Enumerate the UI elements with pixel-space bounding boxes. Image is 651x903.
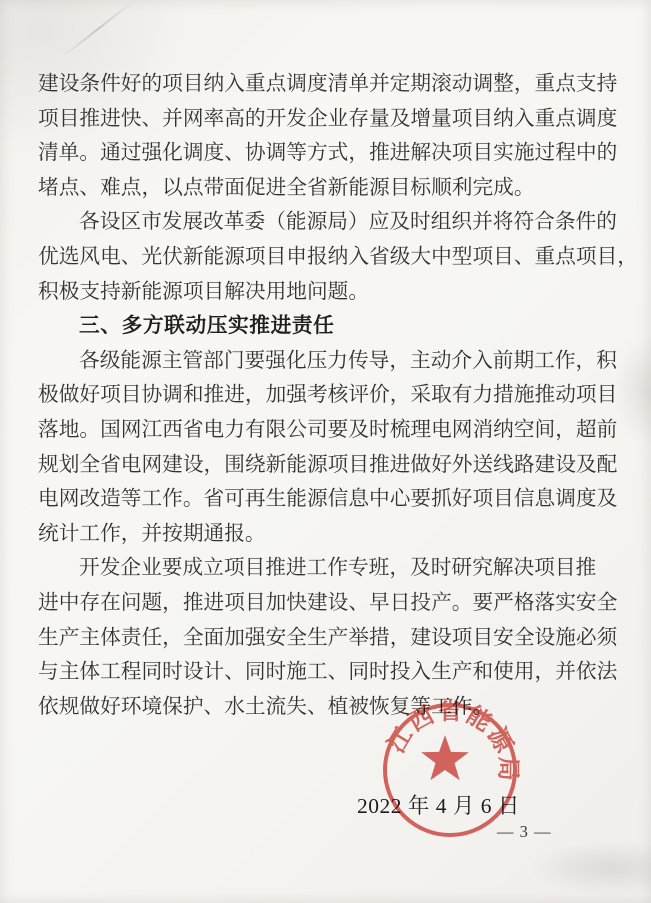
text-line: 与主体工程同时设计、同时施工、同时投入生产和使用，并依法 [38,655,626,690]
text-line: 开发企业要成立项目推进工作专班，及时研究解决项目推 [38,551,626,586]
text-line: 积极支持新能源项目解决用地问题。 [38,275,626,310]
official-seal: 江西省能源局 [375,696,525,846]
seal-graphic: 江西省能源局 [375,696,525,846]
text-line: 各级能源主管部门要强化压力传导，主动介入前期工作，积 [38,344,626,379]
document-body: 建设条件好的项目纳入重点调度清单并定期滚动调整，重点支持项目推进快、并网率高的开… [38,67,626,724]
text-line: 依规做好环境保护、水土流失、植被恢复等工作。 [38,690,626,725]
text-line: 规划全省电网建设，围绕新能源项目推进做好外送线路建设及配 [38,448,626,483]
document-page: 建设条件好的项目纳入重点调度清单并定期滚动调整，重点支持项目推进快、并网率高的开… [0,0,651,903]
text-line: 极做好项目协调和推进，加强考核评价，采取有力措施推动项目 [38,378,626,413]
text-line: 电网改造等工作。省可再生能源信息中心要抓好项目信息调度及 [38,482,626,517]
text-line: 清单。通过强化调度、协调等方式，推进解决项目实施过程中的 [38,136,626,171]
text-line: 落地。国网江西省电力有限公司要及时梳理电网消纳空间，超前 [38,413,626,448]
text-line: 各设区市发展改革委（能源局）应及时组织并将符合条件的 [38,205,626,240]
text-line: 堵点、难点，以点带面促进全省新能源目标顺利完成。 [38,171,626,206]
text-line: 优选风电、光伏新能源项目申报纳入省级大中型项目、重点项目， [38,240,626,275]
text-line: 进中存在问题，推进项目加快建设、早日投产。要严格落实安全 [38,586,626,621]
text-line: 项目推进快、并网率高的开发企业存量及增量项目纳入重点调度 [38,102,626,137]
paper-crease [61,0,134,58]
text-line: 统计工作，并按期通报。 [38,517,626,552]
text-line: 建设条件好的项目纳入重点调度清单并定期滚动调整，重点支持 [38,67,626,102]
section-heading: 三、多方联动压实推进责任 [38,309,626,344]
text-line: 生产主体责任，全面加强安全生产举措，建设项目安全设施必须 [38,621,626,656]
star-icon [421,735,469,780]
